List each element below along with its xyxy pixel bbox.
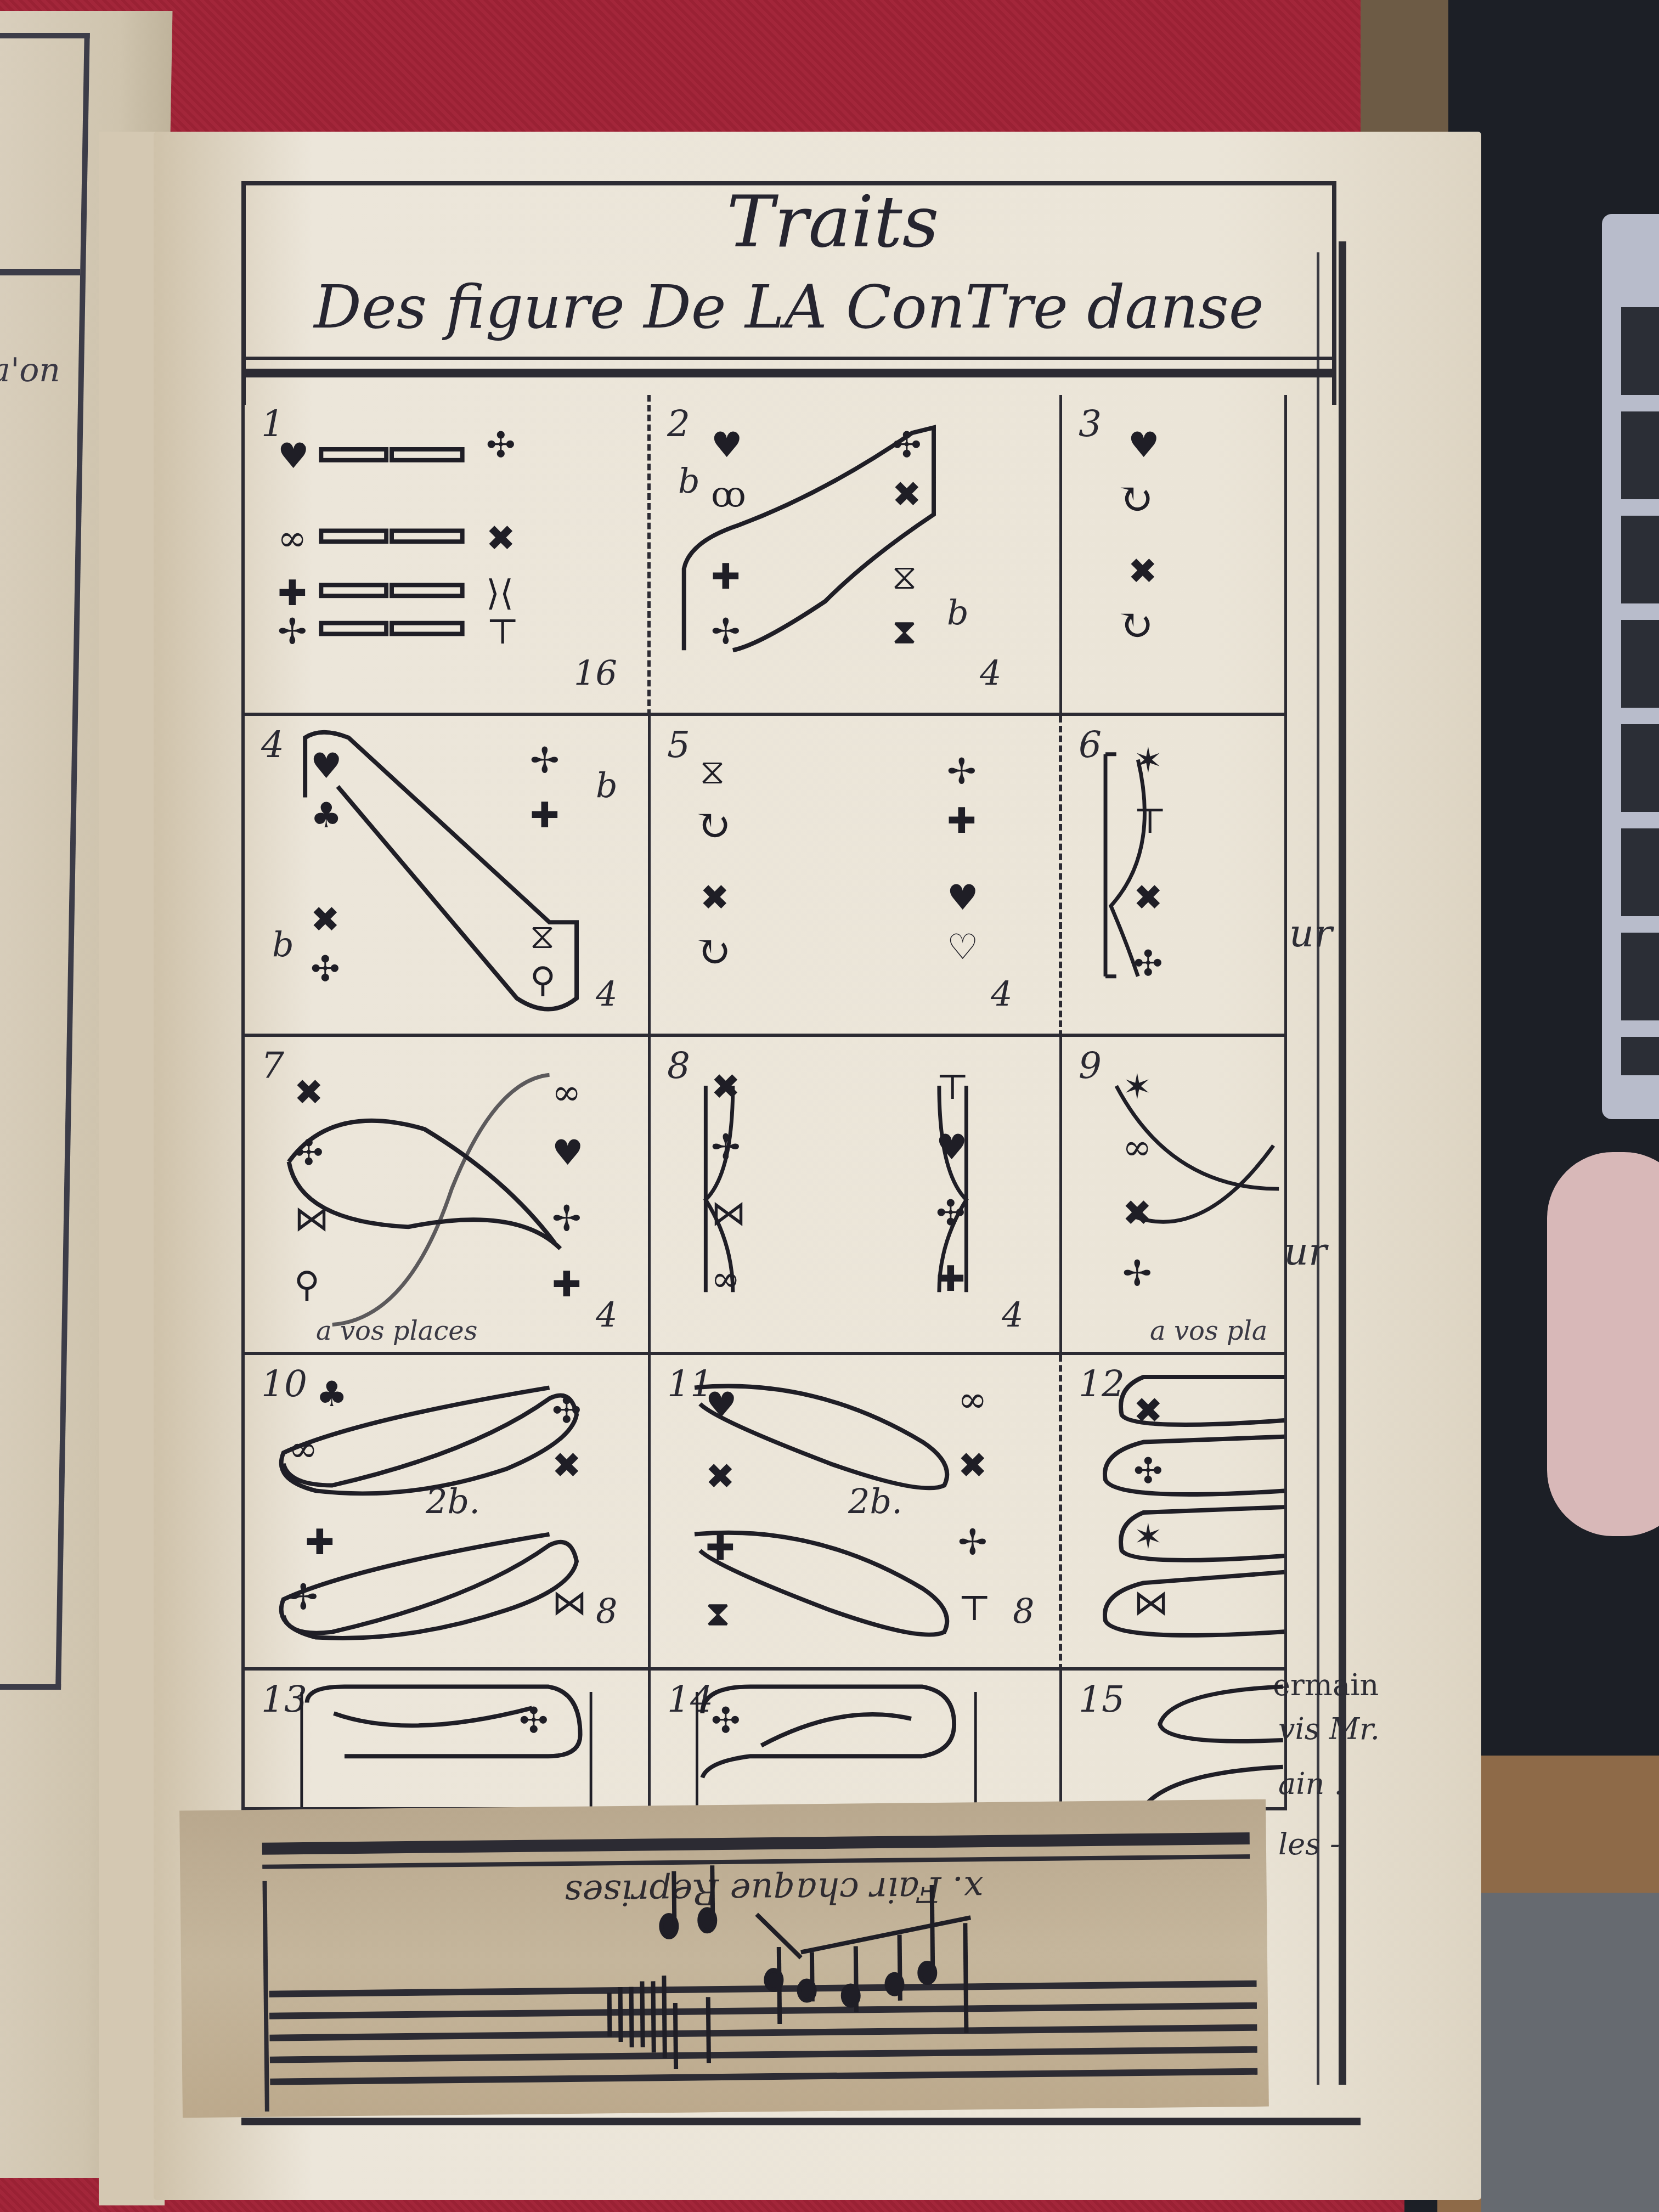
dancer-cross-icon: ✢ — [711, 1130, 741, 1165]
title-rule-thin — [241, 357, 1333, 360]
dancer-heart-icon: ♥ — [1128, 428, 1159, 463]
dancer-x-icon: ✖ — [711, 1070, 741, 1105]
dancer-ring-icon: ꝏ — [711, 477, 746, 512]
dancer-heart-icon: ♣ — [316, 1377, 347, 1412]
figure-diagram-12 — [1062, 1355, 1284, 1667]
dancer-cross-icon: ✢ — [947, 754, 977, 789]
dancer-figure-icon: ⚲ — [294, 1267, 320, 1302]
figure-cell-12: 12 ✖ ✣ ✶ ⋈ — [1062, 1355, 1287, 1671]
dancer-x-icon: ✖ — [1133, 1393, 1163, 1429]
margin-fragment: vis Mr. — [1278, 1712, 1380, 1746]
dancer-figure-icon: ✶ — [1122, 1070, 1152, 1105]
figure-cell-8: 8 ✖ ✢ ⋈ ∞ ⊤ ♥ ✣ ✚ 4 — [651, 1037, 1062, 1355]
dancer-vase-icon: ⧗ — [706, 1596, 730, 1632]
margin-fragment: ur — [1289, 911, 1333, 956]
figure-cell-7: 7 ✖ ✣ ⋈ ⚲ ∞ ♥ ✢ ✚ 4 a vos places — [245, 1037, 651, 1355]
dancer-tee-icon: ⊤ — [1133, 804, 1166, 839]
title-rule-thick — [241, 369, 1333, 377]
dancer-cross-icon: ✚ — [706, 1531, 735, 1566]
measure-count: 4 — [980, 653, 1001, 693]
measure-count: 8 — [596, 1591, 617, 1631]
dancer-cross-icon: ✚ — [711, 560, 741, 595]
dancer-figure-icon: ⋈ — [1133, 1585, 1169, 1621]
dancer-clover-icon: ✣ — [892, 428, 922, 463]
dancer-ring-icon: ∞ — [289, 1432, 318, 1467]
dancer-cross-icon: ✢ — [289, 1580, 318, 1615]
dancer-cross-icon: ✚ — [278, 576, 307, 611]
dancer-tee-icon: ⊤ — [958, 1591, 991, 1626]
partner-tag: b — [678, 461, 700, 501]
dancer-x-icon: ✖ — [486, 521, 516, 556]
dancer-cross-icon: ✚ — [936, 1262, 966, 1297]
dancer-heart-icon: ♥ — [311, 749, 342, 784]
page-title: Traits — [290, 180, 1376, 263]
figure-cell-5: 5 ⧖ ↻ ✖ ↻ ✢ ✚ ♥ ♡ 4 — [651, 716, 1062, 1037]
dancer-clover-icon: ♣ — [311, 798, 342, 833]
figure-grid: 1 ♥ ✣ ∞ ✖ ✚ ⟩⟨ ✢ ⊤ 16 2 ♥ ꝏ ✣ ✖ ✚ ✢ ⧖ ⧗ — [241, 395, 1287, 1810]
dancer-clover-icon: ✣ — [486, 428, 516, 463]
dancer-x-icon: ✖ — [892, 477, 922, 512]
margin-fragment: ain . — [1278, 1767, 1344, 1801]
dancer-figure-icon: ⋈ — [552, 1585, 587, 1621]
dancer-x-icon: ✖ — [552, 1448, 582, 1483]
device-keys — [1621, 307, 1659, 1075]
dancer-x-icon: ✖ — [1133, 881, 1163, 916]
margin-fragment: ur — [1284, 1229, 1327, 1274]
hand-background — [1547, 1152, 1659, 1536]
dancer-heart-icon: ♥ — [278, 439, 309, 474]
figure-cell-13: 13 ✣ — [245, 1671, 651, 1810]
dancer-heart-icon: ♥ — [706, 1388, 737, 1423]
dancer-ring-icon: ∞ — [552, 1075, 581, 1110]
figure-diagram-13 — [245, 1671, 648, 1807]
dancer-x-icon: ✖ — [311, 902, 340, 938]
dancer-clover-icon: ✣ — [936, 1196, 966, 1231]
partner-tag: b — [596, 765, 618, 805]
partner-tag: b — [272, 924, 294, 964]
figure-number: 3 — [1079, 403, 1102, 445]
dancer-figure-icon: ✶ — [1133, 743, 1163, 778]
figure-cell-9: 9 ✶ ∞ ✖ ✢ a vos pla — [1062, 1037, 1287, 1355]
dancer-cross-icon: ✚ — [947, 804, 977, 839]
left-page-fragment: a'on — [0, 351, 61, 390]
dancer-vase-icon: ⧖ — [892, 560, 917, 595]
margin-fragment: les - — [1278, 1827, 1340, 1861]
turn-arrow-icon: ↻ — [695, 930, 731, 974]
dancer-x-icon: ✖ — [1128, 554, 1158, 589]
dancer-heart-icon: ♥ — [711, 428, 742, 463]
dancer-clover-icon: ✣ — [1133, 946, 1163, 981]
dancer-figure-icon: ⋈ — [711, 1196, 746, 1231]
figure-number: 5 — [667, 724, 690, 766]
dancer-x-icon: ✖ — [958, 1448, 988, 1483]
pasted-music-strip: x. Fair chaque Reprises — [179, 1799, 1269, 2118]
dancer-cross-icon: ✚ — [305, 1525, 335, 1560]
measure-count: 16 — [574, 653, 617, 693]
figure-cell-14: 14 ✣ — [651, 1671, 1062, 1810]
figure-cell-6: 6 ✶ ⊤ ✖ ✣ — [1062, 716, 1287, 1037]
dancer-figure-icon: ✶ — [1133, 1520, 1163, 1555]
dancer-heart-icon: ♥ — [936, 1130, 967, 1165]
dancer-ring-icon: ∞ — [1122, 1130, 1152, 1165]
figure-cell-4: 4 ♥ ♣ ✢ ✚ ✖ ✣ ⧖ ⚲ b b 4 — [245, 716, 651, 1037]
figure-caption: a vos pla — [1150, 1316, 1267, 1346]
dancer-cross-icon: ✚ — [530, 798, 560, 833]
figure-cell-3: 3 ♥ ↻ ✖ ↻ — [1062, 395, 1287, 716]
outer-border-rule — [1339, 241, 1346, 2085]
dancer-figure-icon: ⋈ — [294, 1201, 329, 1237]
page-subtitle: Des figure De LA ConTre danse — [246, 273, 1332, 342]
margin-fragment: ermain — [1273, 1668, 1379, 1702]
dancer-heart-icon: ♡ — [947, 930, 978, 965]
dancer-tee-icon: ⊤ — [486, 614, 519, 650]
dancer-x-icon: ✖ — [1122, 1196, 1152, 1231]
inner-border-rule — [1317, 252, 1319, 2085]
dancer-cross-icon: ✢ — [552, 1201, 582, 1237]
dancer-cross-icon: ✢ — [958, 1525, 988, 1560]
dancer-clover-icon: ✣ — [519, 1703, 549, 1739]
dancer-clover-icon: ✣ — [311, 952, 340, 987]
dancer-ring-icon: ∞ — [958, 1383, 987, 1418]
dancer-x-icon: ✖ — [706, 1459, 735, 1494]
dancer-cross-icon: ✢ — [1122, 1256, 1152, 1291]
measure-count: 8 — [1013, 1591, 1034, 1631]
left-page-frame — [0, 33, 90, 1690]
dancer-tee-icon: ⊤ — [936, 1070, 969, 1105]
dancer-clover-icon: ✣ — [294, 1136, 324, 1171]
dancer-vase-icon: ⧗ — [892, 614, 917, 650]
figure-cell-2: 2 ♥ ꝏ ✣ ✖ ✚ ✢ ⧖ ⧗ b b 4 — [651, 395, 1062, 716]
dancer-bracket-icon: ⟩⟨ — [486, 576, 513, 611]
measure-count: 4 — [596, 1295, 617, 1335]
turn-arrow-icon: ↻ — [695, 804, 731, 848]
dancer-ring-icon: ∞ — [711, 1262, 740, 1297]
figure-caption: a vos places — [316, 1316, 477, 1346]
dancer-vase-icon: ⧖ — [530, 919, 555, 954]
left-page-divider — [0, 269, 80, 275]
dancer-ring-icon: ∞ — [278, 521, 307, 556]
music-notes — [179, 1799, 1269, 2118]
dancer-heart-icon: ♥ — [552, 1136, 583, 1171]
figure-cell-1: 1 ♥ ✣ ∞ ✖ ✚ ⟩⟨ ✢ ⊤ 16 — [245, 395, 651, 716]
dancer-vase-icon: ⧖ — [700, 754, 725, 789]
dancer-cross-icon: ✢ — [278, 614, 307, 650]
figure-diagram-4 — [245, 716, 648, 1034]
figure-cell-10: 10 ♣ ∞ ✣ ✖ ✚ ✢ ⋈ 2b. 8 — [245, 1355, 651, 1671]
measure-count: 4 — [991, 974, 1012, 1014]
partner-tag: 2b. — [848, 1481, 902, 1521]
dancer-x-icon: ✖ — [700, 881, 730, 916]
figure-cell-15: 15 — [1062, 1671, 1287, 1810]
dancer-cross-icon: ✢ — [711, 614, 741, 650]
dancer-clover-icon: ✣ — [552, 1393, 582, 1429]
turn-arrow-icon: ↻ — [1117, 477, 1154, 521]
figure-diagram-6 — [1062, 716, 1284, 1034]
dancer-clover-icon: ✣ — [1133, 1454, 1163, 1489]
figure-diagram-15 — [1062, 1671, 1284, 1807]
floor-background — [1481, 1893, 1659, 2212]
measure-count: 4 — [1002, 1295, 1023, 1335]
measure-count: 4 — [596, 974, 617, 1014]
dancer-clover-icon: ✣ — [711, 1703, 741, 1739]
dancer-x-icon: ✖ — [294, 1075, 324, 1110]
dancer-cross-icon: ✚ — [552, 1267, 582, 1302]
turn-arrow-icon: ↻ — [1117, 603, 1154, 647]
page-bottom-rule — [241, 2118, 1361, 2125]
figure-cell-11: 11 ♥ ✖ ∞ ✖ ✚ ⧗ ✢ ⊤ 2b. 8 — [651, 1355, 1062, 1671]
dancer-heart-icon: ♥ — [947, 881, 978, 916]
dancer-cross-icon: ✢ — [530, 743, 560, 778]
partner-tag: 2b. — [426, 1481, 480, 1521]
figure-diagram-9 — [1062, 1037, 1284, 1352]
partner-tag: b — [947, 592, 969, 633]
dancer-figure-icon: ⚲ — [530, 963, 556, 998]
